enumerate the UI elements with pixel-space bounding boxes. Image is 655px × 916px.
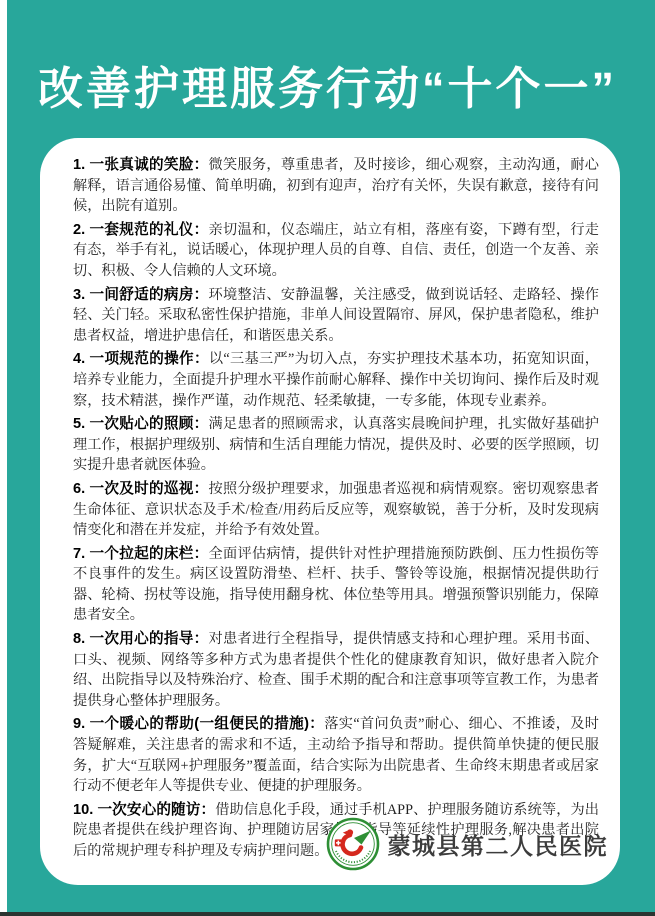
list-item: 2. 一套规范的礼仪：亲切温和，仪态端庄，站立有相，落座有姿，下蹲有型，行走有态… [73,220,599,282]
list-item: 5. 一次贴心的照顾：满足患者的照顾需求，认真落实晨晚间护理，扎实做好基础护理工… [73,414,599,476]
list-item: 1. 一张真诚的笑脸：微笑服务，尊重患者，及时接诊，细心观察，主动沟通，耐心解释… [73,155,599,217]
list-item: 8. 一次用心的指导：对患者进行全程指导，提供情感支持和心理护理。采用书面、口头… [73,629,599,711]
item-heading: 6. 一次及时的巡视： [73,481,209,497]
page-bottom-edge [0,912,655,916]
hospital-logo-icon [326,817,380,871]
item-heading: 5. 一次贴心的照顾： [73,416,209,432]
hospital-name: 蒙城县第二人民医院 [388,828,609,861]
item-heading: 7. 一个拉起的床栏： [73,546,209,562]
content-card: 1. 一张真诚的笑脸：微笑服务，尊重患者，及时接诊，细心观察，主动沟通，耐心解释… [40,138,620,885]
list-item: 3. 一间舒适的病房：环境整洁、安静温馨，关注感受，做到说话轻、走路轻、操作轻、… [73,285,599,347]
item-heading: 4. 一项规范的操作： [73,351,209,367]
list-item: 9. 一个暖心的帮助(一组便民的措施)：落实“首问负责”耐心、细心、不推诿，及时… [73,714,599,796]
list-item: 6. 一次及时的巡视：按照分级护理要求，加强患者巡视和病情观察。密切观察患者生命… [73,479,599,541]
footer: 蒙城县第二人民医院 [326,817,609,871]
item-heading: 3. 一间舒适的病房： [73,287,209,303]
poster-title: 改善护理服务行动“十个一” [0,52,655,117]
list-item: 4. 一项规范的操作：以“三基三严”为切入点，夯实护理技术基本功，拓宽知识面，培… [73,349,599,411]
item-heading: 1. 一张真诚的笑脸： [73,157,209,173]
item-heading: 2. 一套规范的礼仪： [73,222,209,238]
logo-bird-head [346,829,352,835]
item-heading: 9. 一个暖心的帮助(一组便民的措施)： [73,716,324,732]
list-item: 7. 一个拉起的床栏：全面评估病情，提供针对性护理措施预防跌倒、压力性损伤等不良… [73,544,599,626]
item-heading: 8. 一次用心的指导： [73,631,209,647]
page-left-edge [0,0,7,912]
item-list: 1. 一张真诚的笑脸：微笑服务，尊重患者，及时接诊，细心观察，主动沟通，耐心解释… [73,155,599,862]
item-heading: 10. 一次安心的随访： [73,802,215,818]
